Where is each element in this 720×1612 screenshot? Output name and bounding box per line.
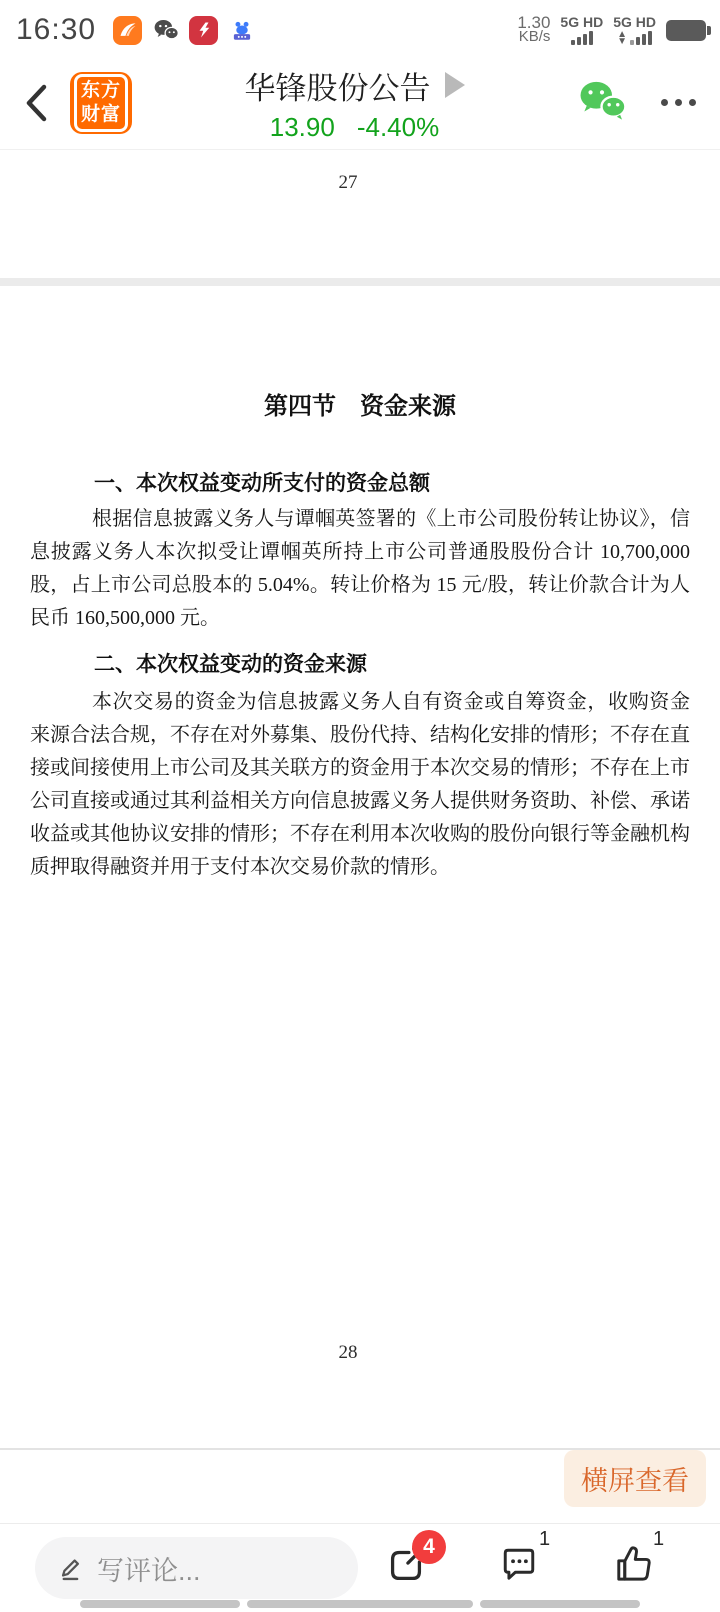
wechat-share-button[interactable] — [577, 79, 627, 126]
thumbs-up-icon — [611, 1542, 655, 1586]
page-title: 华锋股份公告 — [245, 63, 431, 108]
logo-line2: 财富 — [81, 103, 121, 127]
comment-input[interactable]: 写评论... — [35, 1537, 358, 1599]
sim1-signal-bars-icon — [571, 31, 593, 45]
screen: 16:30 1.30 KB/s 5G HD — [0, 0, 720, 1612]
comment-placeholder: 写评论... — [97, 1549, 201, 1588]
doc-paragraph-1: 根据信息披露义务人与谭帼英签署的《上市公司股份转让协议》，信息披露义务人本次拟受… — [30, 503, 690, 635]
doc-heading-2: 二、本次权益变动的资金来源 — [30, 648, 690, 678]
wechat-status-icon — [151, 16, 180, 45]
flash-app-icon — [189, 16, 218, 45]
nav-hint-left[interactable] — [80, 1600, 240, 1608]
network-speed-unit: KB/s — [517, 30, 550, 44]
page-number-27: 27 — [0, 172, 696, 194]
battery-icon — [666, 20, 706, 41]
page-number-28: 28 — [0, 1342, 696, 1364]
comments-button[interactable]: 1 — [497, 1542, 545, 1594]
sim2-network: 5G HD ▲▼ — [613, 15, 656, 45]
clock: 16:30 — [16, 13, 96, 47]
pencil-icon — [57, 1555, 83, 1581]
app-header: 东方 财富 华锋股份公告 13.90 -4.40% — [0, 56, 720, 150]
nav-hint-right[interactable] — [480, 1600, 640, 1608]
header-right — [577, 79, 702, 126]
sim2-network-label: 5G HD — [613, 15, 656, 29]
header-left: 东方 财富 — [18, 72, 132, 134]
eastmoney-logo-text: 东方 财富 — [74, 74, 128, 132]
status-bar: 16:30 1.30 KB/s 5G HD — [0, 0, 720, 56]
play-audio-icon[interactable] — [445, 72, 465, 98]
chat-bubble-icon — [497, 1542, 541, 1586]
page-divider — [0, 278, 720, 286]
sim1-network: 5G HD — [560, 15, 603, 45]
stock-quote[interactable]: 13.90 -4.40% — [270, 112, 439, 143]
status-bar-right: 1.30 KB/s 5G HD 5G HD ▲▼ — [517, 15, 706, 45]
stock-change: -4.40% — [357, 112, 439, 143]
title-row: 华锋股份公告 — [245, 63, 465, 108]
header-center: 华锋股份公告 13.90 -4.40% — [132, 63, 577, 143]
network-speed: 1.30 KB/s — [517, 16, 550, 44]
chevron-left-icon — [23, 83, 49, 123]
status-bar-left: 16:30 — [16, 13, 256, 47]
logo-line1: 东方 — [81, 79, 121, 103]
like-button[interactable]: 1 — [611, 1542, 659, 1594]
back-button[interactable] — [18, 81, 54, 125]
share-badge: 4 — [412, 1530, 446, 1564]
sim2-signal-bars-icon: ▲▼ — [617, 31, 652, 45]
wechat-icon — [577, 79, 627, 121]
comments-count: 1 — [539, 1528, 550, 1551]
more-menu-button[interactable] — [661, 99, 696, 106]
nav-hint-center[interactable] — [247, 1600, 473, 1608]
landscape-view-button[interactable]: 横屏查看 — [564, 1450, 706, 1507]
data-arrows-icon: ▲▼ — [617, 31, 627, 45]
share-button[interactable]: 4 — [383, 1542, 431, 1594]
news-app-icon — [113, 16, 142, 45]
like-count: 1 — [653, 1528, 664, 1551]
eastmoney-logo[interactable]: 东方 财富 — [70, 72, 132, 134]
doc-heading-1: 一、本次权益变动所支付的资金总额 — [30, 467, 690, 497]
sim1-network-label: 5G HD — [560, 15, 603, 29]
doc-paragraph-2: 本次交易的资金为信息披露义务人自有资金或自筹资金，收购资金来源合法合规，不存在对… — [30, 686, 690, 884]
doc-section-title: 第四节 资金来源 — [0, 386, 720, 421]
tieba-app-icon — [227, 16, 256, 45]
stock-price: 13.90 — [270, 112, 335, 143]
navigation-hint-bar[interactable] — [0, 1600, 720, 1608]
bottom-toolbar: 写评论... 4 1 1 — [0, 1523, 720, 1612]
